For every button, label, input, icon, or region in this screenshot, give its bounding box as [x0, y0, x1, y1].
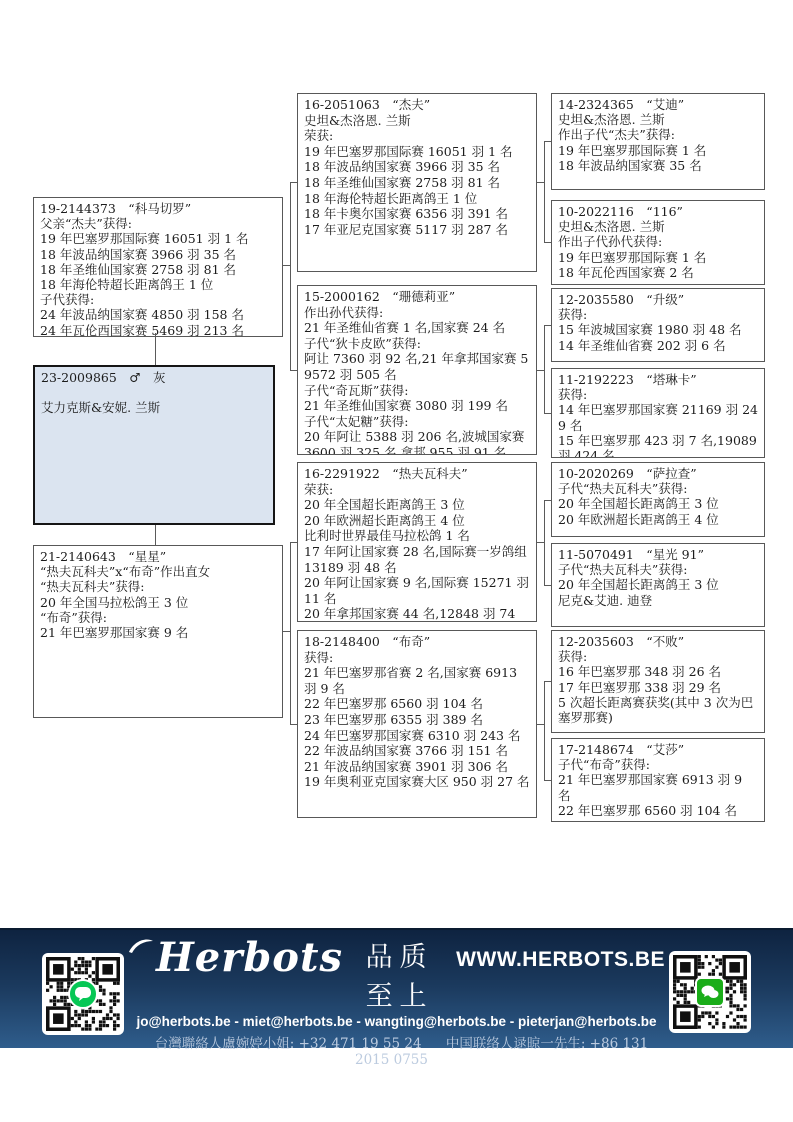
herbots-logo: Herbots: [128, 936, 343, 980]
connector-line: [544, 413, 551, 414]
pedigree-text-line: 10-2020269 “萨拉查”: [558, 466, 758, 481]
wechat-icon: [695, 977, 725, 1007]
wechat-qr-code: [669, 951, 751, 1033]
pedigree-text-line: 19 年巴塞罗那国际赛 16051 羽 1 名: [40, 231, 276, 246]
pedigree-text-line: 作出子代“杰夫”获得:: [558, 127, 758, 142]
feather-icon: [128, 938, 154, 954]
pedigree-text-line: 19-2144373 “科马切罗”: [40, 201, 276, 216]
pedigree-box-ggp-1: 14-2324365 “艾迪”史坦&杰洛恩. 兰斯作出子代“杰夫”获得:19 年…: [551, 93, 765, 190]
pedigree-text-line: 24 年巴塞罗那国家赛 6310 羽 243 名: [304, 728, 530, 744]
pedigree-box-father: 19-2144373 “科马切罗”父亲“杰夫”获得:19 年巴塞罗那国际赛 16…: [33, 197, 283, 337]
line-qr-code: [42, 953, 124, 1035]
pedigree-text-line: 20 年拿邦国家赛 44 名,12848 羽 74 名: [304, 606, 530, 622]
pedigree-text-line: 18 年圣维仙国家赛 2758 羽 81 名: [40, 262, 276, 277]
pedigree-text-line: 18 年海伦特超长距离鸽王 1 位: [304, 191, 530, 207]
pedigree-text-line: 18 年波品纳国家赛 3966 羽 35 名: [304, 159, 530, 175]
pedigree-text-line: 18 年海伦特超长距离鸽王 1 位: [40, 277, 276, 292]
pedigree-text-line: 16-2291922 “热夫瓦科夫”: [304, 466, 530, 482]
pedigree-text-line: 子代“热夫瓦科夫”获得:: [558, 481, 758, 496]
pedigree-text-line: 20 年全国超长距离鸽王 3 位: [304, 497, 530, 513]
line-icon: [68, 979, 98, 1009]
pedigree-text-line: 20 年全国超长距离鸽王 3 位: [558, 577, 758, 592]
pedigree-text-line: 子代“布奇”获得:: [558, 757, 758, 772]
pedigree-text-line: 21 年圣维仙国家赛 3080 羽 199 名: [304, 398, 530, 414]
pedigree-text-line: 子代“奇瓦斯”获得:: [304, 383, 530, 399]
pedigree-text-line: 15 年波城国家赛 1980 羽 48 名: [558, 322, 758, 337]
pedigree-text-line: 22 年波品纳国家赛 3766 羽 151 名: [304, 743, 530, 759]
connector-line: [537, 370, 544, 371]
pedigree-text-line: 14 年圣维仙省赛 202 羽 6 名: [558, 338, 758, 353]
pedigree-text-line: 子代获得:: [40, 292, 276, 307]
connector-line: [290, 370, 297, 371]
pedigree-text-line: 20 年阿让国家赛 9 名,国际赛 15271 羽 11 名: [304, 575, 530, 606]
footer-emails: jo@herbots.be - miet@herbots.be - wangti…: [128, 1014, 665, 1029]
connector-line: [544, 500, 545, 586]
pedigree-text-line: 16-2051063 “杰夫”: [304, 97, 530, 113]
pedigree-text-line: 14 年巴塞罗那国家赛 21169 羽 249 名: [558, 402, 758, 432]
pedigree-text-line: 21 年巴塞罗那国家赛 9 名: [40, 625, 276, 640]
pedigree-text-line: 5 次超长距离赛获奖(其中 3 次为巴塞罗那赛): [558, 695, 758, 725]
pedigree-text-line: 11-5070491 “星光 91”: [558, 547, 758, 562]
pedigree-text-line: 荣获:: [304, 128, 530, 144]
logo-text: Herbots: [156, 936, 343, 980]
connector-line: [290, 182, 291, 371]
pedigree-text-line: 21 年波品纳国家赛 3901 羽 306 名: [304, 759, 530, 775]
connector-line: [537, 542, 544, 543]
contact-taiwan: 台灣聯絡人盧婉婷小姐: +32 471 19 55 24: [155, 1036, 422, 1052]
pedigree-text-line: 20 年欧洲超长距离鸽王 4 位: [304, 513, 530, 529]
connector-line: [537, 724, 544, 725]
pedigree-box-mother: 21-2140643 “星星”“热夫瓦科夫”x“布奇”作出直女“热夫瓦科夫”获得…: [33, 545, 283, 718]
pedigree-text-line: 12-2035580 “升级”: [558, 292, 758, 307]
connector-line: [155, 333, 156, 365]
pedigree-text-line: 21 年圣维仙省赛 1 名,国家赛 24 名: [304, 320, 530, 336]
connector-line: [544, 585, 551, 586]
footer-slogan: 贺伯特家族...秉持品质第一与诚实可靠，力求提供完美的服务！: [128, 1071, 665, 1122]
pedigree-box-ggp-4: 11-2192223 “塔琳卡”获得:14 年巴塞罗那国家赛 21169 羽 2…: [551, 368, 765, 458]
pedigree-text-line: 10-2022116 “116”: [558, 204, 758, 219]
pedigree-box-ggp-5: 10-2020269 “萨拉查”子代“热夫瓦科夫”获得:20 年全国超长距离鸽王…: [551, 462, 765, 537]
pedigree-text-line: 获得:: [558, 387, 758, 402]
pedigree-text-line: 作出子代孙代获得:: [558, 234, 758, 249]
connector-line: [544, 325, 545, 414]
pedigree-text-line: 子代“热夫瓦科夫”获得:: [558, 562, 758, 577]
pedigree-text-line: 获得:: [558, 307, 758, 322]
pedigree-text-line: 18 年圣维仙国家赛 2758 羽 81 名: [304, 175, 530, 191]
pedigree-box-ggp-6: 11-5070491 “星光 91”子代“热夫瓦科夫”获得:20 年全国超长距离…: [551, 543, 765, 627]
pedigree-box-maternal-granddam: 18-2148400 “布奇”获得:21 年巴塞罗那省赛 2 名,国家赛 691…: [297, 630, 537, 818]
pedigree-box-ggp-2: 10-2022116 “116”史坦&杰洛恩. 兰斯作出子代孙代获得:19 年巴…: [551, 200, 765, 285]
pedigree-box-subject: 23-2009865 ♂ 灰 艾力克斯&安妮. 兰斯: [33, 365, 275, 525]
connector-line: [544, 141, 551, 142]
pedigree-text-line: 史坦&杰洛恩. 兰斯: [304, 113, 530, 129]
pedigree-text-line: 父亲“杰夫”获得:: [40, 216, 276, 231]
pedigree-text-line: [41, 385, 267, 400]
pedigree-text-line: 23 年巴塞罗那 6355 羽 389 名: [304, 712, 530, 728]
connector-line: [544, 141, 545, 243]
pedigree-text-line: 17-2148674 “艾莎”: [558, 742, 758, 757]
pedigree-text-line: “热夫瓦科夫”x“布奇”作出直女: [40, 564, 276, 579]
pedigree-text-line: 16 年巴塞罗那 348 羽 26 名: [558, 664, 758, 679]
pedigree-box-paternal-granddam: 15-2000162 “珊德莉亚”作出孙代获得:21 年圣维仙省赛 1 名,国家…: [297, 285, 537, 455]
pedigree-text-line: 23-2009865 ♂ 灰: [41, 370, 267, 385]
pedigree-text-line: 11-2192223 “塔琳卡”: [558, 372, 758, 387]
pedigree-text-line: 获得:: [304, 650, 530, 666]
pedigree-text-line: 22 年巴塞罗那 6560 羽 104 名: [304, 696, 530, 712]
pedigree-text-line: 18 年波品纳国家赛 35 名: [558, 158, 758, 173]
connector-line: [283, 265, 290, 266]
pedigree-text-line: 24 年波品纳国家赛 4850 羽 158 名: [40, 307, 276, 322]
connector-line: [544, 681, 551, 682]
pedigree-box-ggp-3: 12-2035580 “升级”获得:15 年波城国家赛 1980 羽 48 名1…: [551, 288, 765, 362]
pedigree-text-line: 史坦&杰洛恩. 兰斯: [558, 219, 758, 234]
pedigree-text-line: 18-2148400 “布奇”: [304, 634, 530, 650]
footer-center: Herbots 品质至上 WWW.HERBOTS.BE jo@herbots.b…: [128, 935, 665, 1122]
pedigree-text-line: 比利时世界最佳马拉松鸽 1 名: [304, 528, 530, 544]
pedigree-text-line: 19 年巴塞罗那国际赛 16051 羽 1 名: [304, 144, 530, 160]
pedigree-text-line: 尼克&艾迪. 迪登: [558, 593, 758, 608]
pedigree-text-line: 21 年巴塞罗那国家赛 6913 羽 9 名: [558, 772, 758, 802]
pedigree-text-line: “布奇”获得:: [40, 610, 276, 625]
pedigree-text-line: 19 年巴塞罗那国际赛 1 名: [558, 250, 758, 265]
pedigree-text-line: 作出孙代获得:: [304, 305, 530, 321]
pedigree-text-line: 17 年巴塞罗那 338 羽 29 名: [558, 680, 758, 695]
footer-tagline: 品质至上: [359, 935, 440, 1013]
pedigree-text-line: 子代“太妃糖”获得:: [304, 414, 530, 430]
connector-line: [544, 325, 551, 326]
connector-line: [544, 242, 551, 243]
connector-line: [544, 500, 551, 501]
herbots-footer-banner: Herbots 品质至上 WWW.HERBOTS.BE jo@herbots.b…: [0, 928, 793, 1048]
pedigree-text-line: 18 年瓦伦西国家赛 2 名: [558, 265, 758, 280]
pedigree-box-maternal-grandsire: 16-2291922 “热夫瓦科夫”荣获:20 年全国超长距离鸽王 3 位20 …: [297, 462, 537, 622]
pedigree-text-line: 15-2000162 “珊德莉亚”: [304, 289, 530, 305]
connector-line: [290, 542, 291, 725]
footer-brand-row: Herbots 品质至上 WWW.HERBOTS.BE: [128, 935, 665, 1013]
pedigree-text-line: “热夫瓦科夫”获得:: [40, 579, 276, 594]
pedigree-text-line: 14-2324365 “艾迪”: [558, 97, 758, 112]
pedigree-text-line: 阿让 7360 羽 92 名,21 年拿邦国家赛 59572 羽 505 名: [304, 351, 530, 382]
connector-line: [544, 780, 551, 781]
pedigree-text-line: 17 年亚尼克国家赛 5117 羽 287 名: [304, 222, 530, 238]
connector-line: [537, 182, 544, 183]
pedigree-text-line: 20 年阿让 5388 羽 206 名,波城国家赛 3600 羽 325 名,拿…: [304, 429, 530, 455]
pedigree-text-line: 17 年阿让国家赛 28 名,国际赛一岁鸽组 13189 羽 48 名: [304, 544, 530, 575]
connector-line: [544, 681, 545, 781]
pedigree-text-line: 15 年巴塞罗那 423 羽 7 名,19089 羽 424 名: [558, 433, 758, 458]
pedigree-text-line: 19 年巴塞罗那国际赛 1 名: [558, 143, 758, 158]
pedigree-text-line: 18 年卡奥尔国家赛 6356 羽 391 名: [304, 206, 530, 222]
connector-line: [155, 525, 156, 545]
connector-line: [290, 724, 297, 725]
pedigree-text-line: 21 年巴塞罗那省赛 2 名,国家赛 6913 羽 9 名: [304, 665, 530, 696]
pedigree-text-line: 20 年全国超长距离鸽王 3 位: [558, 496, 758, 511]
connector-line: [290, 542, 297, 543]
pedigree-text-line: 荣获:: [304, 482, 530, 498]
pedigree-text-line: 19 年奥利亚克国家赛大区 950 羽 27 名: [304, 774, 530, 790]
pedigree-text-line: 12-2035603 “不败”: [558, 634, 758, 649]
pedigree-box-ggp-8: 17-2148674 “艾莎”子代“布奇”获得:21 年巴塞罗那国家赛 6913…: [551, 738, 765, 822]
pedigree-box-ggp-7: 12-2035603 “不败”获得:16 年巴塞罗那 348 羽 26 名17 …: [551, 630, 765, 733]
connector-line: [283, 631, 290, 632]
footer-contacts: 台灣聯絡人盧婉婷小姐: +32 471 19 55 24 中国联络人逯晾一先生:…: [128, 1032, 665, 1068]
footer-website: WWW.HERBOTS.BE: [456, 948, 665, 972]
pedigree-text-line: 20 年欧洲超长距离鸽王 4 位: [558, 512, 758, 527]
pedigree-text-line: 21-2140643 “星星”: [40, 549, 276, 564]
pedigree-text-line: 史坦&杰洛恩. 兰斯: [558, 112, 758, 127]
pedigree-text-line: 获得:: [558, 649, 758, 664]
pedigree-text-line: 子代“狄卡皮欧”获得:: [304, 336, 530, 352]
pedigree-text-line: 艾力克斯&安妮. 兰斯: [41, 400, 267, 415]
connector-line: [290, 182, 297, 183]
pedigree-text-line: 22 年巴塞罗那 6560 羽 104 名: [558, 803, 758, 818]
pedigree-text-line: 24 年瓦伦西国家赛 5469 羽 213 名: [40, 323, 276, 337]
pedigree-text-line: 20 年全国马拉松鸽王 3 位: [40, 595, 276, 610]
pedigree-text-line: 18 年波品纳国家赛 3966 羽 35 名: [40, 247, 276, 262]
pedigree-box-paternal-grandsire: 16-2051063 “杰夫”史坦&杰洛恩. 兰斯荣获:19 年巴塞罗那国际赛 …: [297, 93, 537, 272]
pedigree-page: 19-2144373 “科马切罗”父亲“杰夫”获得:19 年巴塞罗那国际赛 16…: [0, 0, 793, 1122]
